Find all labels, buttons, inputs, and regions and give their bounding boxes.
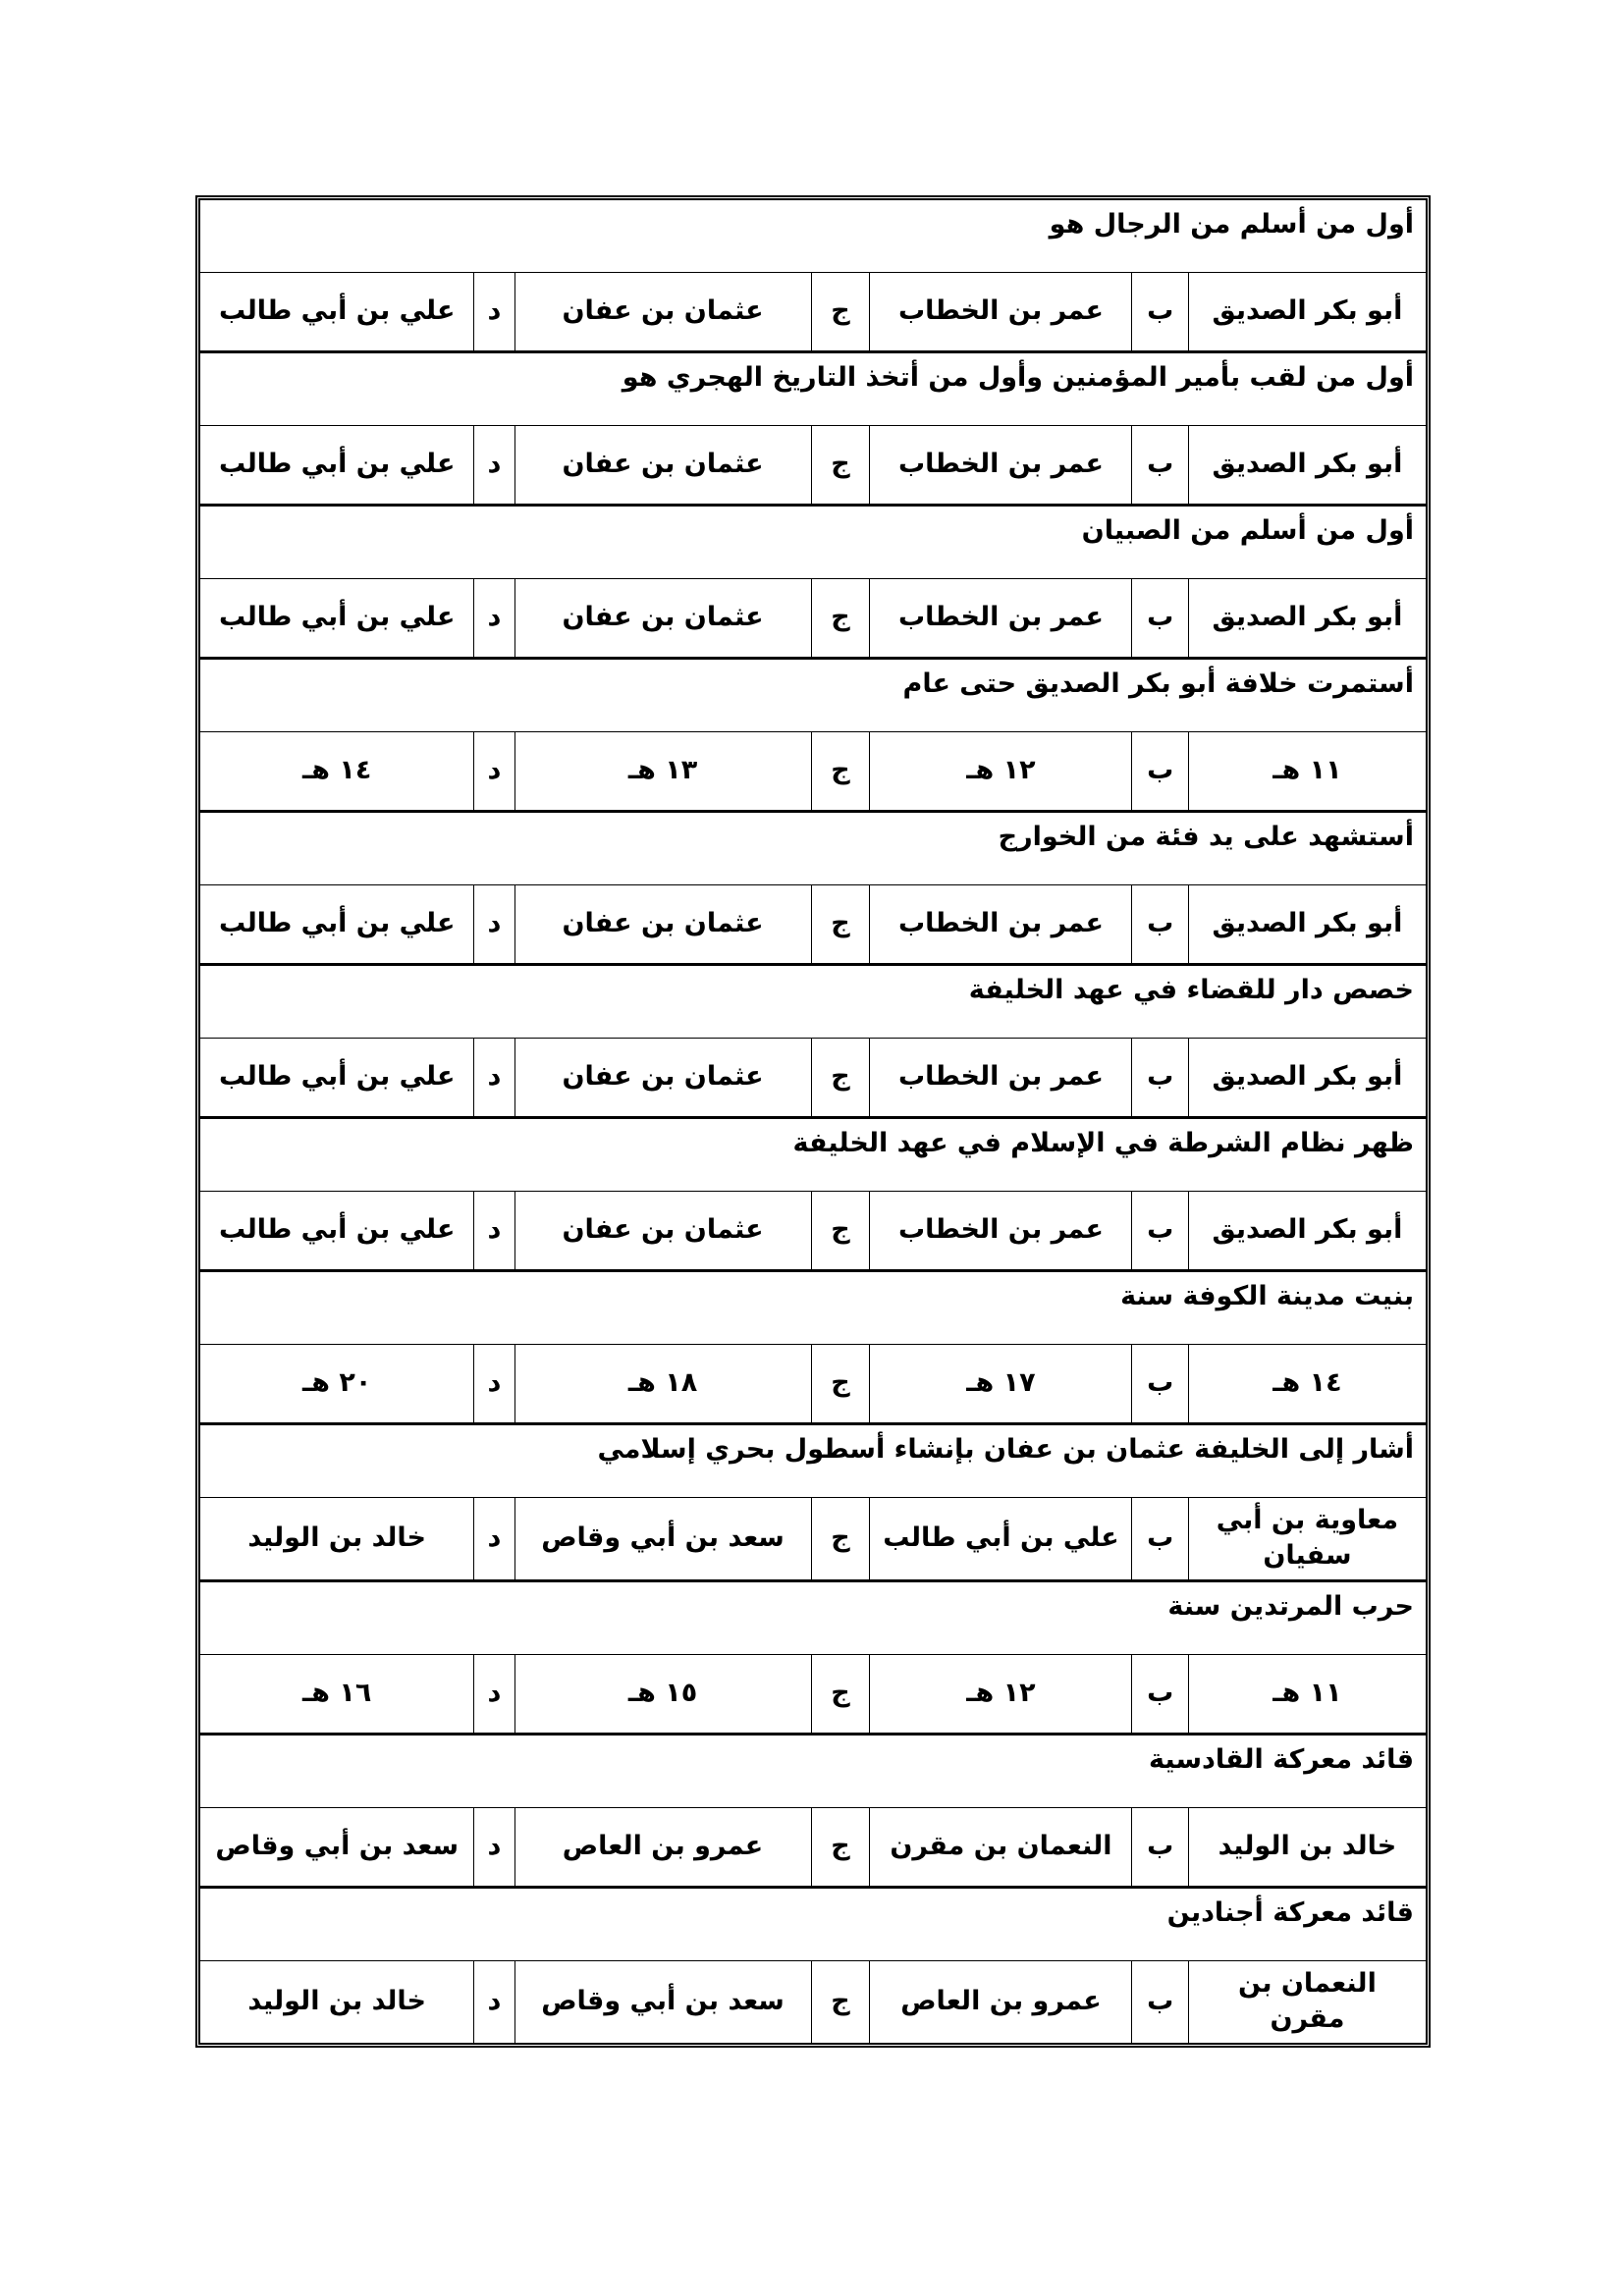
- option-text-cell: عثمان بن عفان: [514, 1039, 811, 1116]
- option-letter-cell: د: [473, 1345, 514, 1422]
- option-text-cell: عثمان بن عفان: [514, 579, 811, 657]
- answer-row: أبو بكر الصديقبعمر بن الخطابجعثمان بن عف…: [200, 1192, 1426, 1269]
- option-letter-cell: ج: [811, 1192, 870, 1269]
- option-text-cell: ٢٠ هـ: [200, 1345, 473, 1422]
- option-text-cell: ١٥ هـ: [514, 1655, 811, 1733]
- option-text-cell: أبو بكر الصديق: [1188, 273, 1426, 350]
- quiz-table: أول من أسلم من الرجال هوأبو بكر الصديقبع…: [195, 195, 1431, 2048]
- option-letter-cell: د: [473, 1039, 514, 1116]
- option-text-cell: عمر بن الخطاب: [869, 426, 1131, 504]
- option-letter-cell: ب: [1131, 732, 1187, 810]
- option-letter-cell: ب: [1131, 1961, 1187, 2043]
- question-text: قائد معركة أجنادين: [200, 1889, 1426, 1961]
- option-letter-cell: د: [473, 1808, 514, 1886]
- option-text-cell: عمر بن الخطاب: [869, 1192, 1131, 1269]
- document-page: أول من أسلم من الرجال هوأبو بكر الصديقبع…: [0, 0, 1624, 2296]
- option-text-cell: ١١ هـ: [1188, 732, 1426, 810]
- option-text-cell: علي بن أبي طالب: [200, 579, 473, 657]
- option-letter-cell: ج: [811, 1961, 870, 2043]
- option-text-cell: ١٧ هـ: [869, 1345, 1131, 1422]
- option-text-cell: أبو بكر الصديق: [1188, 1192, 1426, 1269]
- option-text-cell: عثمان بن عفان: [514, 426, 811, 504]
- option-letter-cell: ج: [811, 579, 870, 657]
- option-text-cell: ١٢ هـ: [869, 732, 1131, 810]
- question-section: أستمرت خلافة أبو بكر الصديق حتى عام١١ هـ…: [200, 660, 1426, 813]
- option-letter-cell: د: [473, 579, 514, 657]
- option-text-cell: علي بن أبي طالب: [869, 1498, 1131, 1579]
- question-text: بنيت مدينة الكوفة سنة: [200, 1272, 1426, 1345]
- option-text-cell: النعمان بن مقرن: [1188, 1961, 1426, 2043]
- answer-row: النعمان بن مقرنبعمرو بن العاصجسعد بن أبي…: [200, 1961, 1426, 2043]
- option-text-cell: سعد بن أبي وقاص: [514, 1498, 811, 1579]
- option-letter-cell: د: [473, 1498, 514, 1579]
- answer-row: ١١ هـب١٢ هـج١٣ هـد١٤ هـ: [200, 732, 1426, 810]
- option-text-cell: علي بن أبي طالب: [200, 1039, 473, 1116]
- option-text-cell: علي بن أبي طالب: [200, 885, 473, 963]
- option-text-cell: سعد بن أبي وقاص: [200, 1808, 473, 1886]
- option-text-cell: عمر بن الخطاب: [869, 1039, 1131, 1116]
- question-section: ظهر نظام الشرطة في الإسلام في عهد الخليف…: [200, 1119, 1426, 1272]
- question-section: خصص دار للقضاء في عهد الخليفةأبو بكر الص…: [200, 966, 1426, 1119]
- answer-row: خالد بن الوليدبالنعمان بن مقرنجعمرو بن ا…: [200, 1808, 1426, 1886]
- question-text: أول من أسلم من الرجال هو: [200, 200, 1426, 273]
- option-letter-cell: ج: [811, 273, 870, 350]
- option-letter-cell: د: [473, 273, 514, 350]
- option-text-cell: النعمان بن مقرن: [869, 1808, 1131, 1886]
- option-text-cell: ١٦ هـ: [200, 1655, 473, 1733]
- question-text: خصص دار للقضاء في عهد الخليفة: [200, 966, 1426, 1039]
- answer-row: أبو بكر الصديقبعمر بن الخطابجعثمان بن عف…: [200, 273, 1426, 350]
- option-text-cell: أبو بكر الصديق: [1188, 885, 1426, 963]
- option-letter-cell: ج: [811, 426, 870, 504]
- option-text-cell: ١١ هـ: [1188, 1655, 1426, 1733]
- question-text: حرب المرتدين سنة: [200, 1582, 1426, 1655]
- answer-row: أبو بكر الصديقبعمر بن الخطابجعثمان بن عف…: [200, 426, 1426, 504]
- option-text-cell: عمرو بن العاص: [514, 1808, 811, 1886]
- option-text-cell: ١٤ هـ: [1188, 1345, 1426, 1422]
- option-letter-cell: د: [473, 885, 514, 963]
- question-section: أول من أسلم من الصبيانأبو بكر الصديقبعمر…: [200, 507, 1426, 660]
- option-text-cell: أبو بكر الصديق: [1188, 1039, 1426, 1116]
- question-text: أول من لقب بأمير المؤمنين وأول من أتخذ ا…: [200, 353, 1426, 426]
- answer-row: أبو بكر الصديقبعمر بن الخطابجعثمان بن عف…: [200, 885, 1426, 963]
- option-text-cell: ١٣ هـ: [514, 732, 811, 810]
- option-letter-cell: ب: [1131, 1655, 1187, 1733]
- option-letter-cell: ب: [1131, 579, 1187, 657]
- option-text-cell: ١٢ هـ: [869, 1655, 1131, 1733]
- option-letter-cell: ب: [1131, 273, 1187, 350]
- option-letter-cell: د: [473, 732, 514, 810]
- option-text-cell: عمر بن الخطاب: [869, 273, 1131, 350]
- answer-row: معاوية بن أبي سفيانبعلي بن أبي طالبجسعد …: [200, 1498, 1426, 1579]
- option-letter-cell: ب: [1131, 885, 1187, 963]
- answer-row: ١٤ هـب١٧ هـج١٨ هـد٢٠ هـ: [200, 1345, 1426, 1422]
- question-text: أستمرت خلافة أبو بكر الصديق حتى عام: [200, 660, 1426, 732]
- option-letter-cell: ب: [1131, 426, 1187, 504]
- option-text-cell: عمر بن الخطاب: [869, 579, 1131, 657]
- question-text: أول من أسلم من الصبيان: [200, 507, 1426, 579]
- option-text-cell: أبو بكر الصديق: [1188, 579, 1426, 657]
- option-text-cell: علي بن أبي طالب: [200, 273, 473, 350]
- answer-row: أبو بكر الصديقبعمر بن الخطابجعثمان بن عف…: [200, 579, 1426, 657]
- question-section: أول من أسلم من الرجال هوأبو بكر الصديقبع…: [200, 200, 1426, 353]
- question-section: قائد معركة القادسيةخالد بن الوليدبالنعما…: [200, 1735, 1426, 1889]
- question-section: أستشهد على يد فئة من الخوارجأبو بكر الصد…: [200, 813, 1426, 966]
- option-text-cell: عمر بن الخطاب: [869, 885, 1131, 963]
- question-section: حرب المرتدين سنة١١ هـب١٢ هـج١٥ هـد١٦ هـ: [200, 1582, 1426, 1735]
- option-letter-cell: ب: [1131, 1192, 1187, 1269]
- option-letter-cell: د: [473, 1961, 514, 2043]
- option-text-cell: عثمان بن عفان: [514, 885, 811, 963]
- option-letter-cell: ب: [1131, 1039, 1187, 1116]
- option-letter-cell: د: [473, 426, 514, 504]
- option-text-cell: خالد بن الوليد: [200, 1961, 473, 2043]
- option-text-cell: ١٨ هـ: [514, 1345, 811, 1422]
- option-letter-cell: د: [473, 1655, 514, 1733]
- option-letter-cell: د: [473, 1192, 514, 1269]
- option-letter-cell: ب: [1131, 1808, 1187, 1886]
- option-letter-cell: ب: [1131, 1345, 1187, 1422]
- option-text-cell: ١٤ هـ: [200, 732, 473, 810]
- option-text-cell: عثمان بن عفان: [514, 273, 811, 350]
- option-text-cell: عثمان بن عفان: [514, 1192, 811, 1269]
- option-text-cell: سعد بن أبي وقاص: [514, 1961, 811, 2043]
- question-text: ظهر نظام الشرطة في الإسلام في عهد الخليف…: [200, 1119, 1426, 1192]
- option-text-cell: خالد بن الوليد: [200, 1498, 473, 1579]
- question-section: بنيت مدينة الكوفة سنة١٤ هـب١٧ هـج١٨ هـد٢…: [200, 1272, 1426, 1425]
- option-text-cell: عمرو بن العاص: [869, 1961, 1131, 2043]
- option-text-cell: علي بن أبي طالب: [200, 426, 473, 504]
- option-letter-cell: ج: [811, 1655, 870, 1733]
- question-text: أستشهد على يد فئة من الخوارج: [200, 813, 1426, 885]
- option-letter-cell: ج: [811, 1039, 870, 1116]
- option-letter-cell: ج: [811, 1498, 870, 1579]
- option-text-cell: علي بن أبي طالب: [200, 1192, 473, 1269]
- question-section: أول من لقب بأمير المؤمنين وأول من أتخذ ا…: [200, 353, 1426, 507]
- question-section: قائد معركة أجنادينالنعمان بن مقرنبعمرو ب…: [200, 1889, 1426, 2043]
- option-text-cell: خالد بن الوليد: [1188, 1808, 1426, 1886]
- option-text-cell: أبو بكر الصديق: [1188, 426, 1426, 504]
- question-text: قائد معركة القادسية: [200, 1735, 1426, 1808]
- option-letter-cell: ب: [1131, 1498, 1187, 1579]
- answer-row: ١١ هـب١٢ هـج١٥ هـد١٦ هـ: [200, 1655, 1426, 1733]
- option-letter-cell: ج: [811, 1345, 870, 1422]
- option-letter-cell: ج: [811, 1808, 870, 1886]
- option-text-cell: معاوية بن أبي سفيان: [1188, 1498, 1426, 1579]
- question-section: أشار إلى الخليفة عثمان بن عفان بإنشاء أس…: [200, 1425, 1426, 1582]
- question-text: أشار إلى الخليفة عثمان بن عفان بإنشاء أس…: [200, 1425, 1426, 1498]
- option-letter-cell: ج: [811, 885, 870, 963]
- answer-row: أبو بكر الصديقبعمر بن الخطابجعثمان بن عف…: [200, 1039, 1426, 1116]
- option-letter-cell: ج: [811, 732, 870, 810]
